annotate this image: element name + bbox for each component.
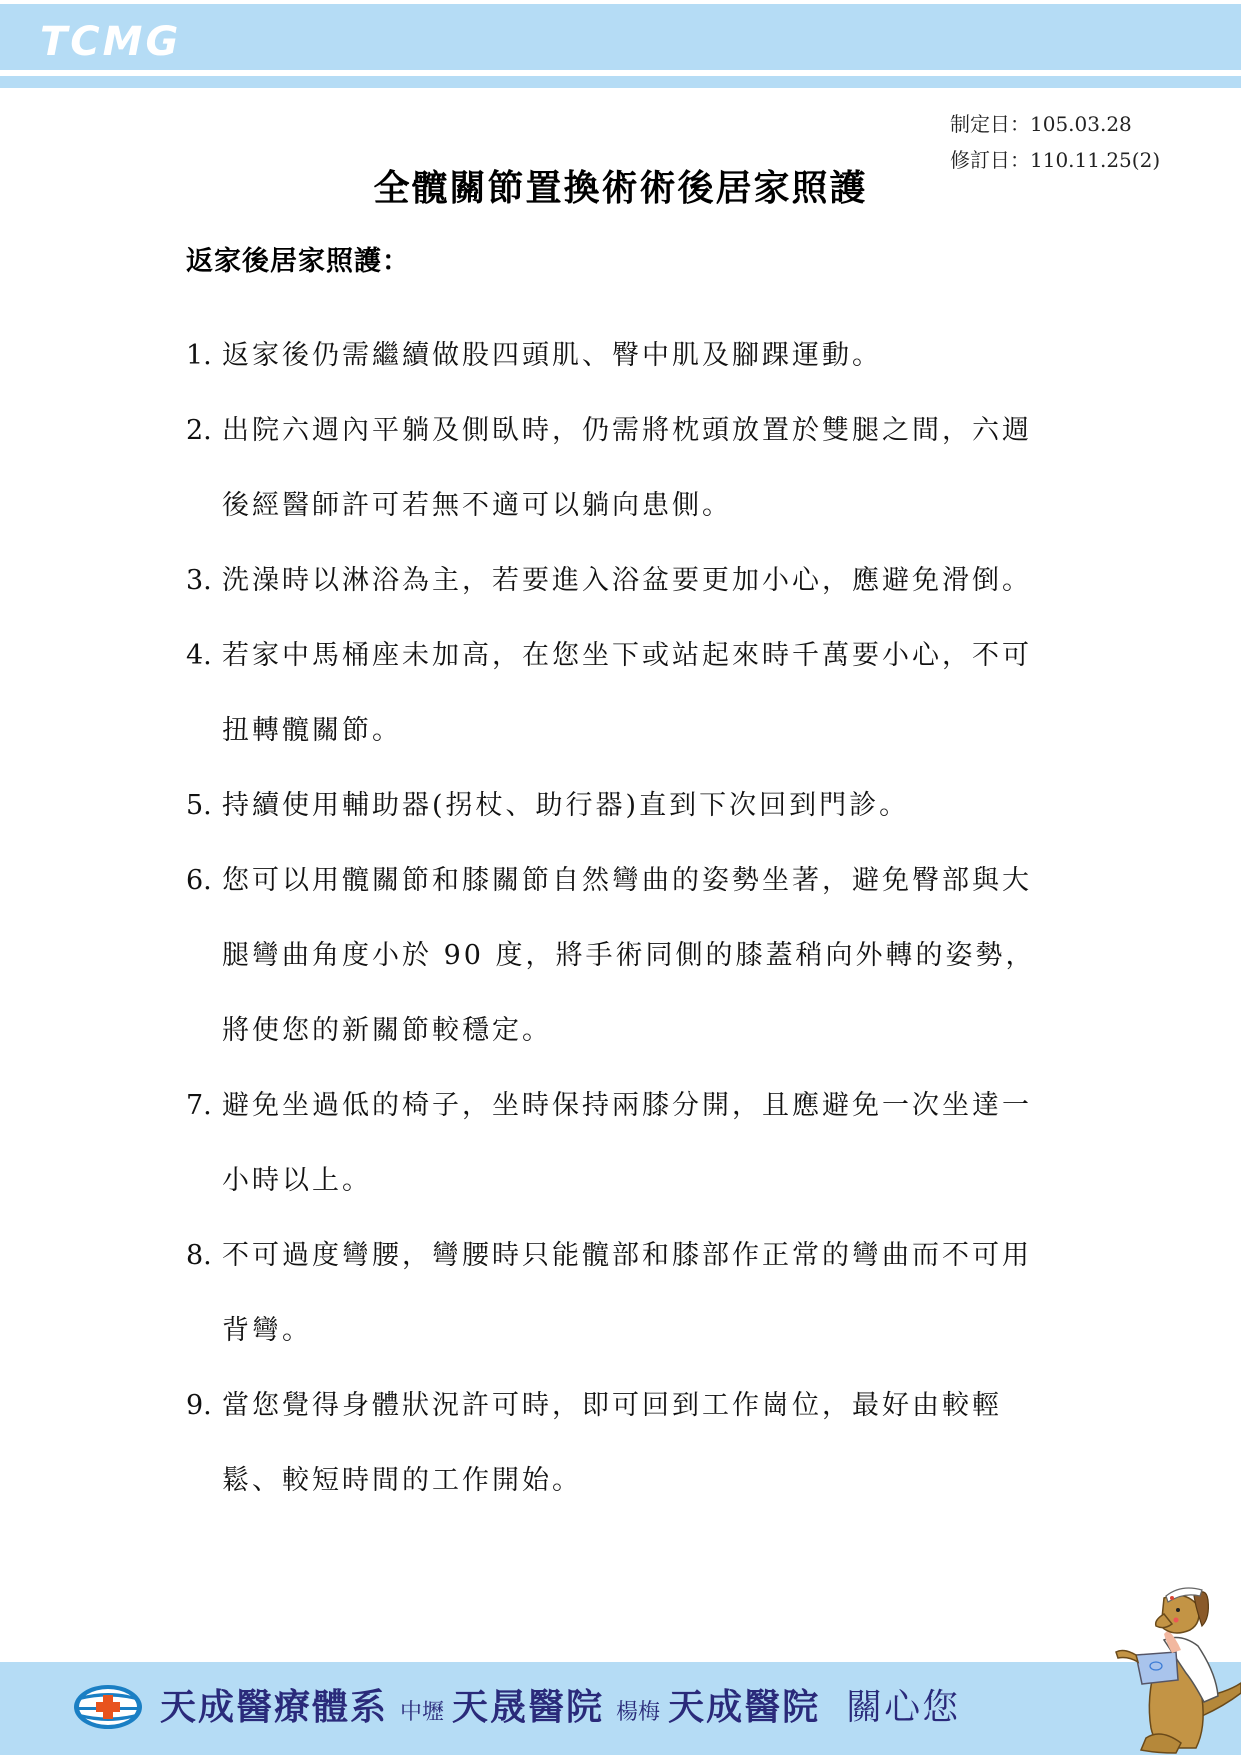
item-text: 返家後仍需繼續做股四頭肌、臀中肌及腳踝運動。 xyxy=(222,340,882,371)
item-text: 您可以用髖關節和膝關節自然彎曲的姿勢坐著，避免臀部與大腿彎曲角度小於 90 度，… xyxy=(222,865,1036,1046)
globe-cross-logo-icon xyxy=(72,1683,144,1731)
list-item: 9.當您覺得身體狀況許可時，即可回到工作崗位，最好由較輕鬆、較短時間的工作開始。 xyxy=(186,1368,1056,1518)
location-zhongli: 中壢 xyxy=(400,1688,444,1738)
item-text: 不可過度彎腰，彎腰時只能髖部和膝部作正常的彎曲而不可用背彎。 xyxy=(222,1240,1032,1346)
section-heading: 返家後居家照護： xyxy=(186,242,410,282)
item-text: 若家中馬桶座未加高，在您坐下或站起來時千萬要小心，不可扭轉髖關節。 xyxy=(222,640,1032,746)
slogan: 關心您 xyxy=(846,1683,960,1733)
footer-hospital-banner: 天成醫療體系 中壢 天晟醫院 楊梅 天成醫院 關心您 xyxy=(160,1683,960,1733)
care-instructions-list: 1.返家後仍需繼續做股四頭肌、臀中肌及腳踝運動。 2.出院六週內平躺及側臥時，仍… xyxy=(186,318,1056,1518)
list-item: 5.持續使用輔助器(拐杖、助行器)直到下次回到門診。 xyxy=(186,768,1056,843)
item-number: 4. xyxy=(186,618,222,693)
header-band: TCMG xyxy=(0,4,1241,70)
item-text: 洗澡時以淋浴為主，若要進入浴盆要更加小心，應避免滑倒。 xyxy=(222,565,1032,596)
list-item: 2.出院六週內平躺及側臥時，仍需將枕頭放置於雙腿之間，六週後經醫師許可若無不適可… xyxy=(186,393,1056,543)
hospital-tiancheng: 天成醫院 xyxy=(668,1683,820,1733)
list-item: 6.您可以用髖關節和膝關節自然彎曲的姿勢坐著，避免臀部與大腿彎曲角度小於 90 … xyxy=(186,843,1056,1068)
list-item: 4.若家中馬桶座未加高，在您坐下或站起來時千萬要小心，不可扭轉髖關節。 xyxy=(186,618,1056,768)
item-number: 2. xyxy=(186,393,222,468)
brand-logo: TCMG xyxy=(40,18,181,66)
list-item: 3.洗澡時以淋浴為主，若要進入浴盆要更加小心，應避免滑倒。 xyxy=(186,543,1056,618)
item-number: 6. xyxy=(186,843,222,918)
created-date: 制定日：105.03.28 xyxy=(950,106,1160,142)
list-item: 1.返家後仍需繼續做股四頭肌、臀中肌及腳踝運動。 xyxy=(186,318,1056,393)
header-stripe xyxy=(0,76,1241,88)
item-text: 避免坐過低的椅子，坐時保持兩膝分開，且應避免一次坐達一小時以上。 xyxy=(222,1090,1032,1196)
item-text: 持續使用輔助器(拐杖、助行器)直到下次回到門診。 xyxy=(222,790,909,821)
item-number: 7. xyxy=(186,1068,222,1143)
location-yangmei: 楊梅 xyxy=(616,1688,660,1738)
list-item: 7.避免坐過低的椅子，坐時保持兩膝分開，且應避免一次坐達一小時以上。 xyxy=(186,1068,1056,1218)
item-number: 5. xyxy=(186,768,222,843)
system-name: 天成醫療體系 xyxy=(160,1683,388,1733)
kangaroo-nurse-mascot-icon xyxy=(1106,1578,1241,1755)
page-title: 全髖關節置換術術後居家照護 xyxy=(0,160,1241,216)
item-text: 出院六週內平躺及側臥時，仍需將枕頭放置於雙腿之間，六週後經醫師許可若無不適可以躺… xyxy=(222,415,1032,521)
item-text: 當您覺得身體狀況許可時，即可回到工作崗位，最好由較輕鬆、較短時間的工作開始。 xyxy=(222,1390,1002,1496)
item-number: 3. xyxy=(186,543,222,618)
list-item: 8.不可過度彎腰，彎腰時只能髖部和膝部作正常的彎曲而不可用背彎。 xyxy=(186,1218,1056,1368)
item-number: 8. xyxy=(186,1218,222,1293)
hospital-tiansheng: 天晟醫院 xyxy=(452,1683,604,1733)
item-number: 1. xyxy=(186,318,222,393)
item-number: 9. xyxy=(186,1368,222,1443)
